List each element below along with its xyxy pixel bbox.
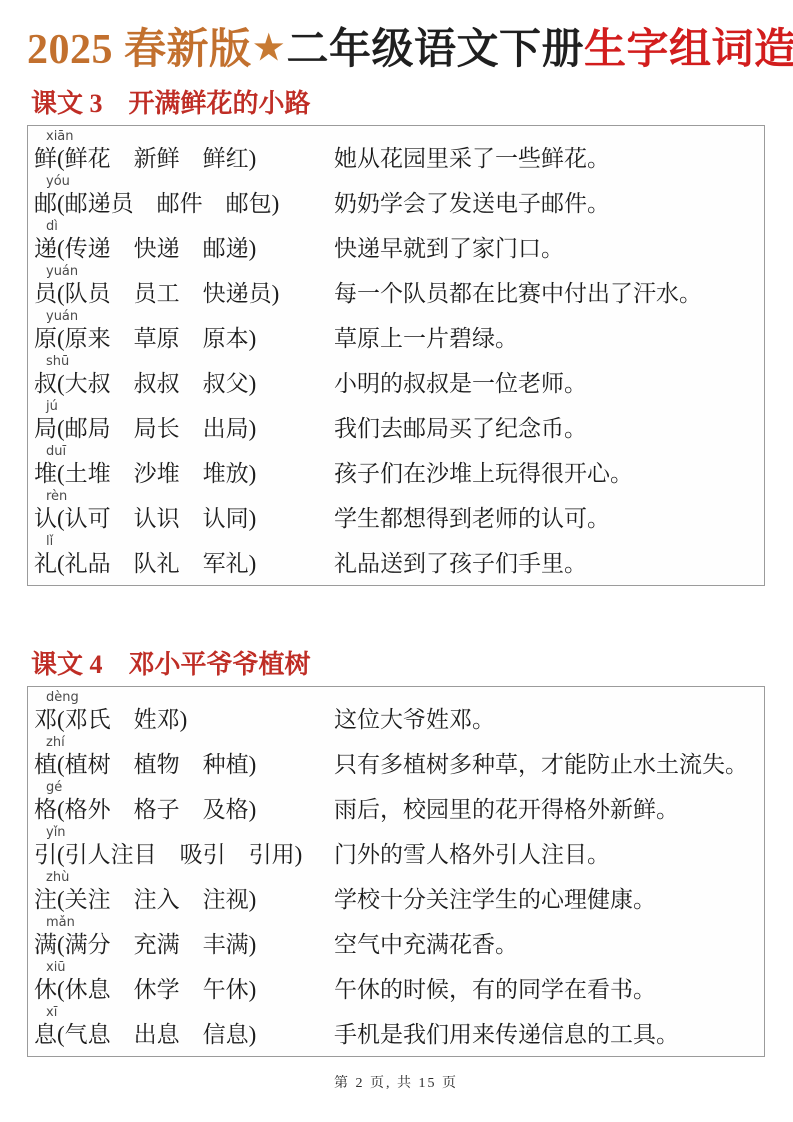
entry-sentence: 我们去邮局买了纪念币。 [334, 414, 760, 444]
entry-sentence: 礼品送到了孩子们手里。 [334, 549, 760, 579]
entry-word-group: 满(满分 充满 丰满) [34, 930, 334, 960]
table-row: rèn 认(认可 认识 认同) 学生都想得到老师的认可。 [34, 489, 760, 534]
entry-pinyin: gé [46, 780, 760, 795]
entry-sentence: 每一个队员都在比赛中付出了汗水。 [334, 279, 760, 309]
entry-table: xiān 鲜(鲜花 新鲜 鲜红) 她从花园里采了一些鲜花。 yóu 邮(邮递员 … [27, 125, 765, 586]
entry-word-group: 员(队员 员工 快递员) [34, 279, 334, 309]
entry-word-group: 递(传递 快递 邮递) [34, 234, 334, 264]
entry-word-group: 鲜(鲜花 新鲜 鲜红) [34, 144, 334, 174]
entry-word-group: 植(植树 植物 种植) [34, 750, 334, 780]
entry-sentence: 奶奶学会了发送电子邮件。 [334, 189, 760, 219]
entry-sentence: 孩子们在沙堆上玩得很开心。 [334, 459, 760, 489]
title-edition: 2025 春新版 [27, 27, 252, 73]
entry-word-group: 礼(礼品 队礼 军礼) [34, 549, 334, 579]
entry-pinyin: yóu [46, 174, 760, 189]
table-row: lǐ 礼(礼品 队礼 军礼) 礼品送到了孩子们手里。 [34, 534, 760, 579]
page-title: 2025 春新版★二年级语文下册生字组词造句 [27, 22, 765, 77]
title-book: 二年级语文下册 [287, 27, 585, 73]
entry-sentence: 这位大爷姓邓。 [334, 705, 760, 735]
entry-sentence: 草原上一片碧绿。 [334, 324, 760, 354]
entry-word-group: 邓(邓氏 姓邓) [34, 705, 334, 735]
entry-sentence: 快递早就到了家门口。 [334, 234, 760, 264]
entry-word-group: 邮(邮递员 邮件 邮包) [34, 189, 334, 219]
entry-pinyin: rèn [46, 489, 760, 504]
table-row: dèng 邓(邓氏 姓邓) 这位大爷姓邓。 [34, 690, 760, 735]
table-row: xiān 鲜(鲜花 新鲜 鲜红) 她从花园里采了一些鲜花。 [34, 129, 760, 174]
entry-pinyin: xī [46, 1005, 760, 1020]
entry-table: dèng 邓(邓氏 姓邓) 这位大爷姓邓。 zhí 植(植树 植物 种植) 只有… [27, 686, 765, 1057]
entry-pinyin: shū [46, 354, 760, 369]
entry-word-group: 格(格外 格子 及格) [34, 795, 334, 825]
table-row: yuán 员(队员 员工 快递员) 每一个队员都在比赛中付出了汗水。 [34, 264, 760, 309]
entry-word-group: 原(原来 草原 原本) [34, 324, 334, 354]
worksheet-page: 2025 春新版★二年级语文下册生字组词造句 课文 3 开满鲜花的小路 xiān… [0, 0, 793, 1122]
table-row: yǐn 引(引人注目 吸引 引用) 门外的雪人格外引人注目。 [34, 825, 760, 870]
entry-sentence: 空气中充满花香。 [334, 930, 760, 960]
table-row: yóu 邮(邮递员 邮件 邮包) 奶奶学会了发送电子邮件。 [34, 174, 760, 219]
table-row: zhí 植(植树 植物 种植) 只有多植树多种草，才能防止水土流失。 [34, 735, 760, 780]
entry-pinyin: xiān [46, 129, 760, 144]
lesson-section: 课文 3 开满鲜花的小路 xiān 鲜(鲜花 新鲜 鲜红) 她从花园里采了一些鲜… [27, 89, 765, 586]
title-topic: 生字组词造句 [584, 27, 793, 73]
entry-sentence: 学生都想得到老师的认可。 [334, 504, 760, 534]
entry-word-group: 休(休息 休学 午休) [34, 975, 334, 1005]
entry-pinyin: xiū [46, 960, 760, 975]
sections-container: 课文 3 开满鲜花的小路 xiān 鲜(鲜花 新鲜 鲜红) 她从花园里采了一些鲜… [27, 89, 765, 1057]
table-row: gé 格(格外 格子 及格) 雨后，校园里的花开得格外新鲜。 [34, 780, 760, 825]
entry-pinyin: mǎn [46, 915, 760, 930]
entry-sentence: 手机是我们用来传递信息的工具。 [334, 1020, 760, 1050]
entry-pinyin: yǐn [46, 825, 760, 840]
table-row: dì 递(传递 快递 邮递) 快递早就到了家门口。 [34, 219, 760, 264]
entry-pinyin: zhí [46, 735, 760, 750]
entry-word-group: 认(认可 认识 认同) [34, 504, 334, 534]
entry-word-group: 息(气息 出息 信息) [34, 1020, 334, 1050]
table-row: shū 叔(大叔 叔叔 叔父) 小明的叔叔是一位老师。 [34, 354, 760, 399]
entry-word-group: 局(邮局 局长 出局) [34, 414, 334, 444]
entry-pinyin: dì [46, 219, 760, 234]
table-row: xī 息(气息 出息 信息) 手机是我们用来传递信息的工具。 [34, 1005, 760, 1050]
entry-sentence: 学校十分关注学生的心理健康。 [334, 885, 760, 915]
table-row: jú 局(邮局 局长 出局) 我们去邮局买了纪念币。 [34, 399, 760, 444]
entry-pinyin: jú [46, 399, 760, 414]
entry-pinyin: lǐ [46, 534, 760, 549]
entry-pinyin: dèng [46, 690, 760, 705]
entry-word-group: 引(引人注目 吸引 引用) [34, 840, 334, 870]
section-heading: 课文 4 邓小平爷爷植树 [31, 650, 765, 680]
star-icon: ★ [252, 30, 287, 67]
entry-word-group: 叔(大叔 叔叔 叔父) [34, 369, 334, 399]
entry-word-group: 注(关注 注入 注视) [34, 885, 334, 915]
entry-sentence: 她从花园里采了一些鲜花。 [334, 144, 760, 174]
entry-sentence: 小明的叔叔是一位老师。 [334, 369, 760, 399]
entry-pinyin: duī [46, 444, 760, 459]
lesson-section: 课文 4 邓小平爷爷植树 dèng 邓(邓氏 姓邓) 这位大爷姓邓。 zhí 植… [27, 650, 765, 1057]
section-heading: 课文 3 开满鲜花的小路 [31, 89, 765, 119]
entry-sentence: 门外的雪人格外引人注目。 [334, 840, 760, 870]
entry-pinyin: yuán [46, 264, 760, 279]
table-row: xiū 休(休息 休学 午休) 午休的时候，有的同学在看书。 [34, 960, 760, 1005]
table-row: duī 堆(土堆 沙堆 堆放) 孩子们在沙堆上玩得很开心。 [34, 444, 760, 489]
entry-pinyin: yuán [46, 309, 760, 324]
table-row: zhù 注(关注 注入 注视) 学校十分关注学生的心理健康。 [34, 870, 760, 915]
entry-sentence: 午休的时候，有的同学在看书。 [334, 975, 760, 1005]
entry-word-group: 堆(土堆 沙堆 堆放) [34, 459, 334, 489]
table-row: mǎn 满(满分 充满 丰满) 空气中充满花香。 [34, 915, 760, 960]
page-number: 第 2 页, 共 15 页 [27, 1072, 765, 1092]
table-row: yuán 原(原来 草原 原本) 草原上一片碧绿。 [34, 309, 760, 354]
entry-sentence: 只有多植树多种草，才能防止水土流失。 [334, 750, 760, 780]
entry-sentence: 雨后，校园里的花开得格外新鲜。 [334, 795, 760, 825]
entry-pinyin: zhù [46, 870, 760, 885]
